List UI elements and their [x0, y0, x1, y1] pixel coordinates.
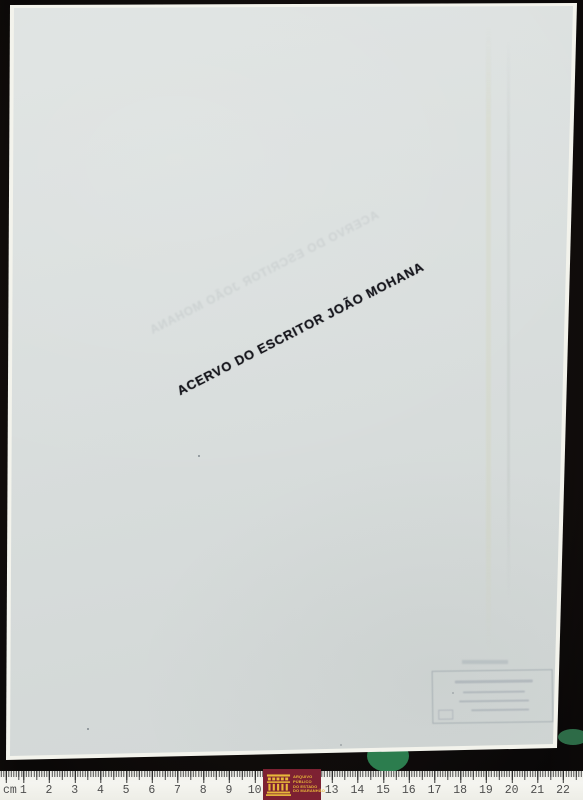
- dust-speck: [340, 744, 342, 746]
- archive-building-icon: [266, 773, 291, 797]
- archive-logo: ARQUIVO PÚBLICO DO ESTADO DO MARANHÃO: [263, 769, 321, 800]
- ruler-number: 18: [453, 784, 467, 797]
- stamp-bleedthrough-mark: [462, 660, 508, 664]
- ruler-number: 16: [402, 784, 416, 797]
- archive-logo-text: ARQUIVO PÚBLICO DO ESTADO DO MARANHÃO: [293, 775, 325, 794]
- paper-streak: [486, 25, 491, 655]
- ghost-stamp-bleedthrough: ACERVO DO ESCRITOR JOÃO MOHANA: [147, 208, 381, 338]
- dust-speck: [198, 455, 200, 457]
- ruler-number: 2: [46, 784, 53, 797]
- archive-stamp: ACERVO DO ESCRITOR JOÃO MOHANA: [175, 259, 427, 398]
- ruler-number: 17: [428, 784, 442, 797]
- ruler-number: 20: [505, 784, 519, 797]
- ruler: cm 1234567891013141516171819202122: [0, 771, 583, 800]
- ruler-unit-label: cm: [3, 784, 17, 797]
- bleedthrough-minibox: [438, 710, 453, 720]
- logo-text-line: DO MARANHÃO: [293, 789, 325, 794]
- bleedthrough-line: [471, 708, 529, 711]
- ruler-number: 15: [376, 784, 390, 797]
- ruler-number: 10: [248, 784, 262, 797]
- ruler-number: 9: [225, 784, 232, 797]
- ghost-stamp-text: ACERVO DO ESCRITOR JOÃO MOHANA: [147, 208, 381, 338]
- ruler-number: 5: [123, 784, 130, 797]
- ruler-number: 4: [97, 784, 104, 797]
- ruler-number: 21: [530, 784, 544, 797]
- ruler-number: 22: [556, 784, 570, 797]
- stamp-box-bleedthrough: [432, 669, 554, 724]
- ruler-number: 1: [20, 784, 27, 797]
- bleedthrough-line: [455, 679, 533, 683]
- paper-streak: [507, 40, 510, 600]
- paper-sheet: ACERVO DO ESCRITOR JOÃO MOHANA ACERVO DO…: [0, 0, 583, 800]
- green-marker-edge: [558, 729, 583, 745]
- bleedthrough-line: [459, 699, 529, 702]
- ruler-number: 7: [174, 784, 181, 797]
- ruler-number: 6: [148, 784, 155, 797]
- ruler-number: 14: [350, 784, 364, 797]
- bleedthrough-line: [463, 691, 525, 694]
- ruler-number: 13: [325, 784, 339, 797]
- ruler-number: 19: [479, 784, 493, 797]
- ruler-number: 3: [71, 784, 78, 797]
- ruler-number: 8: [200, 784, 207, 797]
- dust-speck: [87, 728, 89, 730]
